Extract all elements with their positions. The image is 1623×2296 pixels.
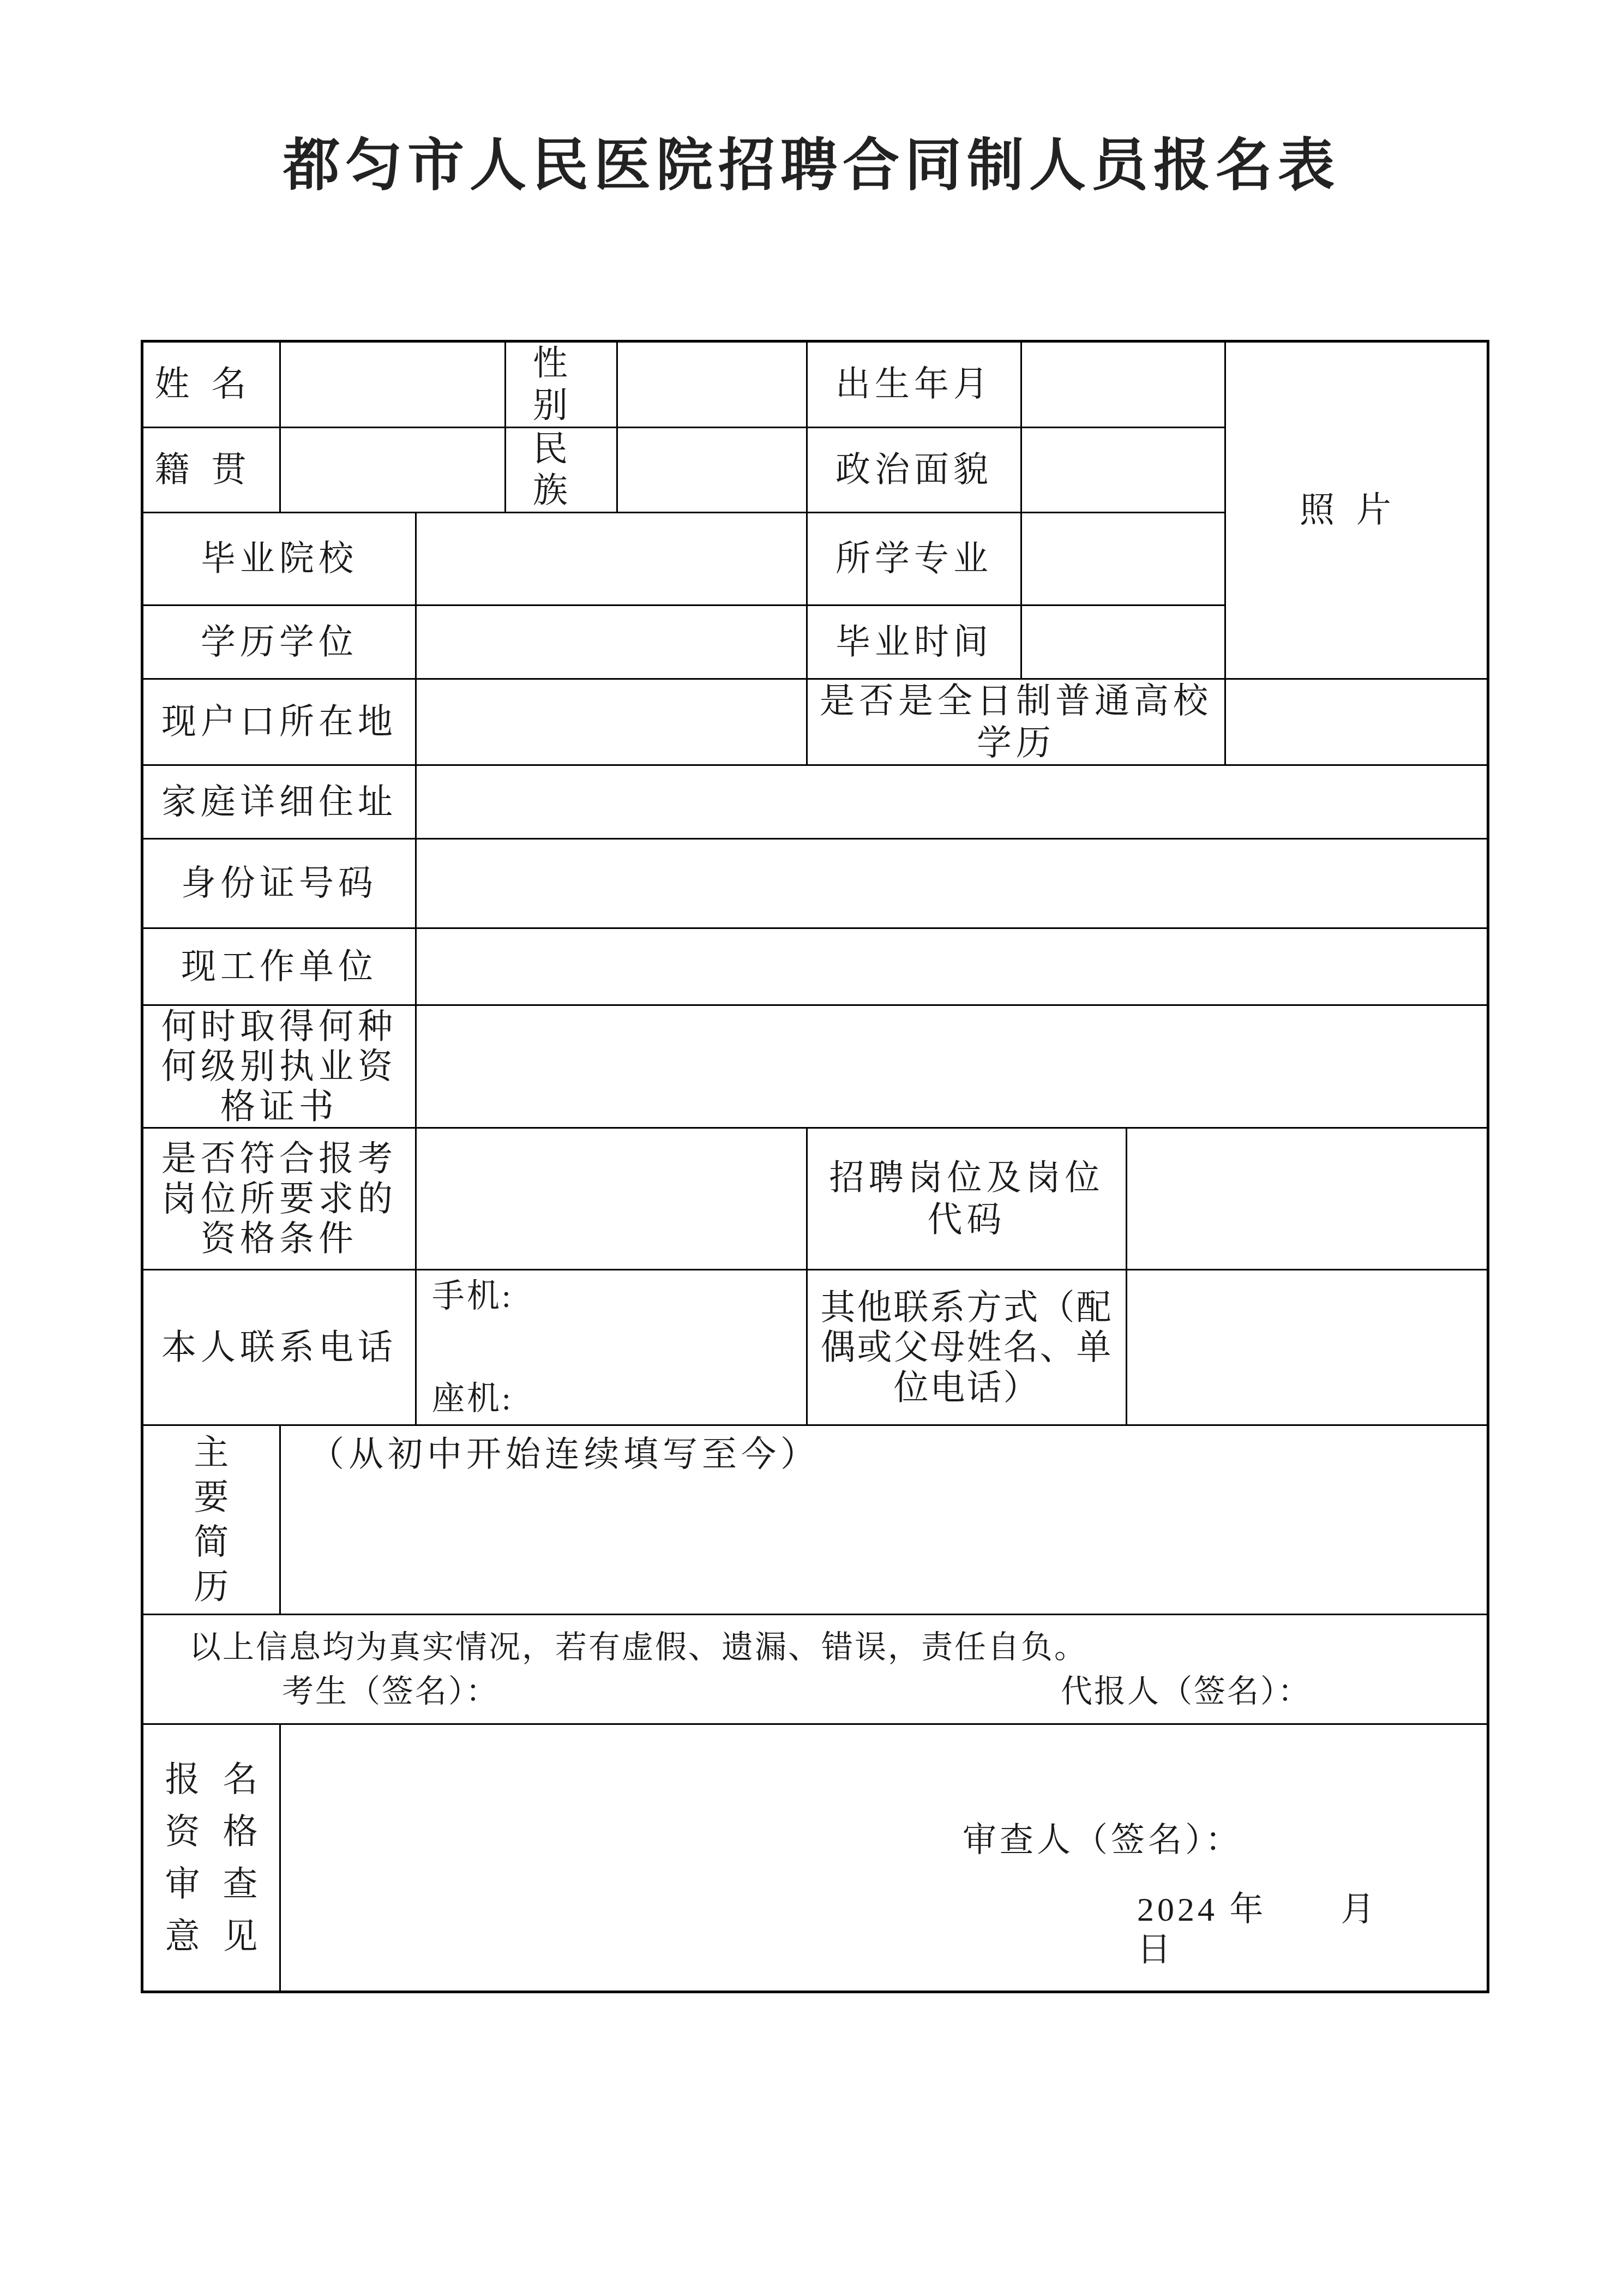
agent-signature-label: 代报人（签名）：	[1061, 1674, 1311, 1709]
page-title: 都匀市人民医院招聘合同制人员报名表	[0, 134, 1623, 199]
review-opinion-content-cell: 审查人（签名）： 2024 年 月 日	[280, 1724, 1488, 1992]
candidate-signature-label: 考生（签名）：	[282, 1674, 499, 1709]
household-location-label: 现户口所在地	[142, 679, 416, 765]
political-status-value-cell	[1021, 427, 1225, 513]
fulltime-education-label: 是否是全日制普通高校 学历	[807, 679, 1225, 765]
graduation-time-value-cell	[1021, 606, 1225, 679]
other-contact-label: 其他联系方式（配 偶或父母姓名、单 位电话）	[807, 1270, 1127, 1425]
id-number-label: 身份证号码	[142, 839, 416, 928]
native-place-value-cell	[280, 427, 506, 513]
landline-label: 座机:	[432, 1381, 513, 1417]
birth-date-value-cell	[1021, 341, 1225, 428]
current-employer-label: 现工作单位	[142, 928, 416, 1005]
graduate-school-value-cell	[416, 513, 807, 606]
document-page: 都匀市人民医院招聘合同制人员报名表 姓名 性别 出生年月 照片 籍贯 民族	[0, 0, 1623, 2296]
home-address-label: 家庭详细住址	[142, 765, 416, 839]
fulltime-education-value-cell	[1225, 679, 1488, 765]
resume-label: 主 要 简 历	[142, 1425, 280, 1615]
resume-content-cell: （从初中开始连续填写至今）	[280, 1425, 1488, 1615]
name-label: 姓名	[142, 341, 280, 428]
phone-label: 本人联系电话	[142, 1270, 416, 1425]
household-location-value-cell	[416, 679, 807, 765]
birth-date-label: 出生年月	[807, 341, 1021, 428]
mobile-label: 手机:	[432, 1278, 513, 1314]
signature-row: 考生（签名）：代报人（签名）：	[189, 1672, 1487, 1711]
position-code-value-cell	[1127, 1128, 1488, 1270]
current-employer-value-cell	[416, 928, 1488, 1005]
reviewer-signature-label: 审查人（签名）：	[963, 1820, 1487, 1861]
other-contact-value-cell	[1127, 1270, 1488, 1425]
gender-label: 性别	[506, 341, 617, 428]
application-form-table: 姓名 性别 出生年月 照片 籍贯 民族 政治面貌 毕业院校 所学专业	[141, 340, 1489, 1993]
education-degree-value-cell	[416, 606, 807, 679]
ethnicity-value-cell	[617, 427, 807, 513]
political-status-label: 政治面貌	[807, 427, 1021, 513]
home-address-value-cell	[416, 765, 1488, 839]
major-value-cell	[1021, 513, 1225, 606]
review-date: 2024 年 月 日	[1137, 1890, 1487, 1971]
position-code-label: 招聘岗位及岗位 代码	[807, 1128, 1127, 1270]
ethnicity-label: 民族	[506, 427, 617, 513]
review-opinion-label: 报 名 资 格 审 查 意 见	[142, 1724, 280, 1992]
photo-cell: 照片	[1225, 341, 1488, 679]
graduation-time-label: 毕业时间	[807, 606, 1021, 679]
qualification-cert-label: 何时取得何种 何级别执业资 格证书	[142, 1005, 416, 1128]
name-value-cell	[280, 341, 506, 428]
meets-requirements-label: 是否符合报考 岗位所要求的 资格条件	[142, 1128, 416, 1270]
gender-value-cell	[617, 341, 807, 428]
meets-requirements-value-cell	[416, 1128, 807, 1270]
declaration-text: 以上信息均为真实情况，若有虚假、遗漏、错误，责任自负。	[189, 1628, 1487, 1666]
education-degree-label: 学历学位	[142, 606, 416, 679]
phone-value-cell: 手机: 座机:	[416, 1270, 807, 1425]
id-number-value-cell	[416, 839, 1488, 928]
qualification-cert-value-cell	[416, 1005, 1488, 1128]
declaration-cell: 以上信息均为真实情况，若有虚假、遗漏、错误，责任自负。 考生（签名）：代报人（签…	[142, 1615, 1488, 1724]
graduate-school-label: 毕业院校	[142, 513, 416, 606]
major-label: 所学专业	[807, 513, 1021, 606]
native-place-label: 籍贯	[142, 427, 280, 513]
